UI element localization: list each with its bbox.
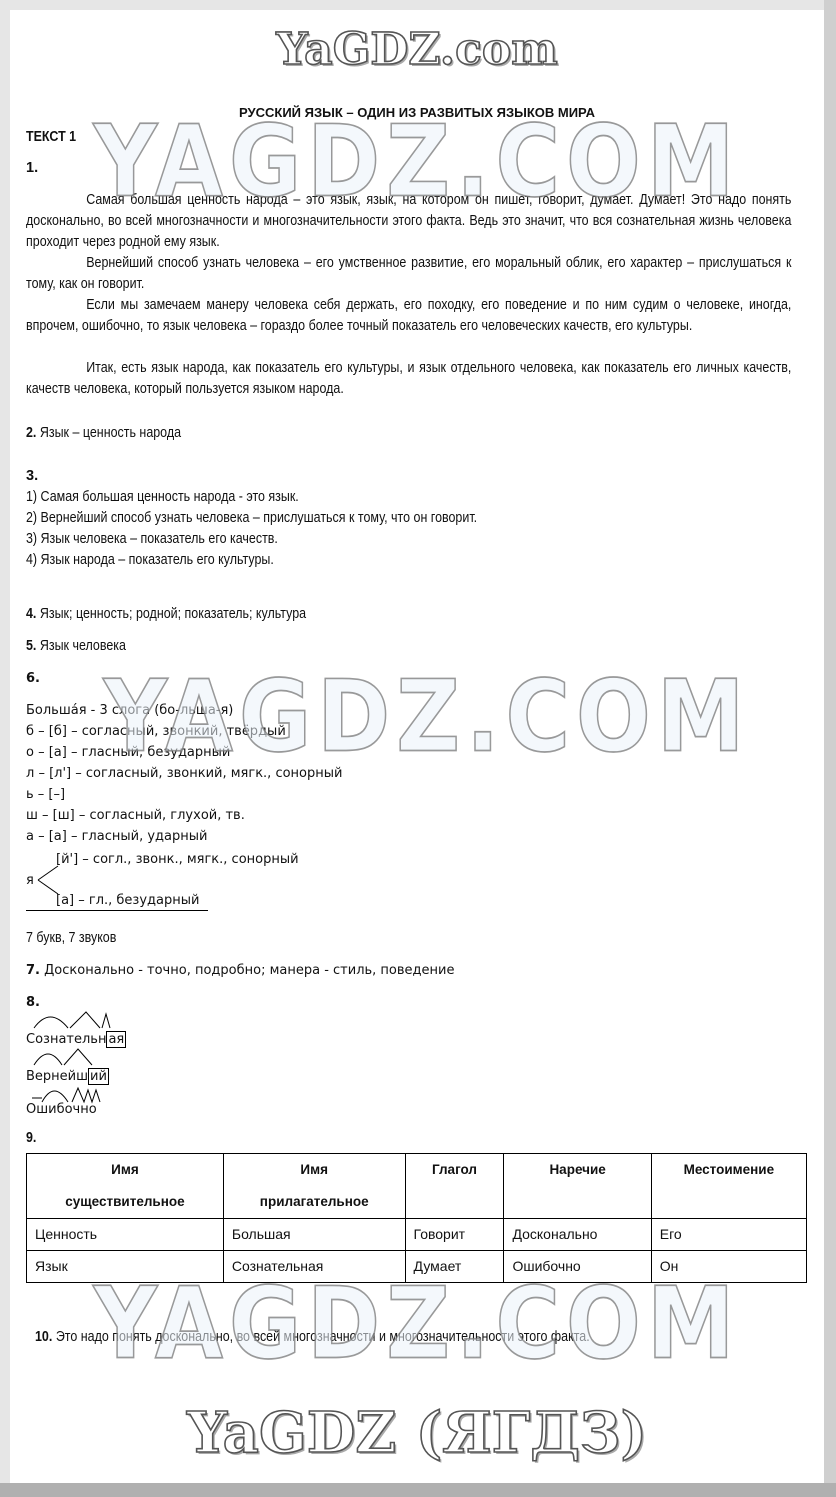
q3-item-4: 4) Язык народа – показатель его культуры… xyxy=(26,550,274,571)
q1-paragraph-2: Вернейший способ узнать человека – его у… xyxy=(26,253,791,295)
q8-word-1-stem: Сознательн xyxy=(26,1032,106,1047)
question-9-label: 9. xyxy=(26,1128,36,1149)
question-5-answer: Язык человека xyxy=(40,638,126,654)
q6-ya-sound-2: [а] – гл., безударный xyxy=(26,891,208,911)
q6-line-3: о – [а] – гласный, безударный xyxy=(26,742,230,763)
question-10: 10. Это надо понять досконально, во всей… xyxy=(35,1327,590,1348)
question-1-label: 1. xyxy=(26,158,38,179)
q3-item-2: 2) Вернейший способ узнать человека – пр… xyxy=(26,508,477,529)
site-logo-bottom: YaGDZ (ЯГДЗ) xyxy=(10,1400,824,1466)
q6-ya-sound-1: [й'] – согл., звонк., мягк., сонорный xyxy=(56,849,299,870)
table-row: Ценность Большая Говорит Досконально Его xyxy=(27,1219,807,1251)
table-row: Язык Сознательная Думает Ошибочно Он xyxy=(27,1251,807,1283)
question-5: 5. Язык человека xyxy=(26,636,126,657)
table-header-noun: Имясуществительное xyxy=(27,1154,224,1219)
section-heading: ТЕКСТ 1 xyxy=(26,127,76,148)
table-header-adverb: Наречие xyxy=(504,1154,651,1219)
table-header-adjective: Имяприлагательное xyxy=(223,1154,405,1219)
table-cell: Сознательная xyxy=(223,1251,405,1283)
table-cell: Говорит xyxy=(405,1219,504,1251)
table-header-row: Имясуществительное Имяприлагательное Гла… xyxy=(27,1154,807,1219)
q8-word-1-ending: ая xyxy=(106,1031,126,1048)
q6-line-7: а – [а] – гласный, ударный xyxy=(26,826,207,847)
question-7-answer: Досконально - точно, подробно; манера - … xyxy=(44,963,454,978)
question-5-label: 5. xyxy=(26,638,36,654)
morpheme-marks-icon xyxy=(32,1010,142,1030)
question-3-label: 3. xyxy=(26,466,38,487)
question-4: 4. Язык; ценность; родной; показатель; к… xyxy=(26,604,306,625)
q8-word-2-ending: ий xyxy=(88,1068,109,1085)
question-4-label: 4. xyxy=(26,606,36,622)
document-page: YaGDZ.com YAGDZ.COM YAGDZ.COM YAGDZ.COM … xyxy=(10,10,824,1483)
q6-line-5: ь – [–] xyxy=(26,784,65,805)
question-7: 7. Досконально - точно, подробно; манера… xyxy=(26,960,454,981)
table-cell: Язык xyxy=(27,1251,224,1283)
site-logo-top: YaGDZ.com xyxy=(10,24,824,75)
question-6-label: 6. xyxy=(26,668,40,689)
page-frame-shadow-right xyxy=(824,0,836,1497)
question-10-answer: Это надо понять досконально, во всей мно… xyxy=(56,1329,590,1345)
question-10-label: 10. xyxy=(35,1329,52,1345)
question-2-label: 2. xyxy=(26,425,36,441)
question-7-label: 7. xyxy=(26,963,40,978)
table-cell: Ошибочно xyxy=(504,1251,651,1283)
table-cell: Большая xyxy=(223,1219,405,1251)
q1-paragraph-1: Самая большая ценность народа – это язык… xyxy=(26,190,791,253)
question-4-answer: Язык; ценность; родной; показатель; куль… xyxy=(40,606,306,622)
q6-line-4: л – [л'] – согласный, звонкий, мягк., со… xyxy=(26,763,342,784)
q8-word-3: Ошибочно xyxy=(26,1099,97,1120)
q6-line-1: Большáя - 3 слога (бо-льша-я) xyxy=(26,700,233,721)
table-header-verb: Глагол xyxy=(405,1154,504,1219)
q3-item-3: 3) Язык человека – показатель его качест… xyxy=(26,529,278,550)
question-2: 2. Язык – ценность народа xyxy=(26,423,181,444)
q6-ya-letter: я xyxy=(26,870,34,891)
morpheme-marks-icon xyxy=(32,1047,142,1067)
table-cell: Он xyxy=(651,1251,806,1283)
table-cell: Досконально xyxy=(504,1219,651,1251)
table-cell: Думает xyxy=(405,1251,504,1283)
table-header-pronoun: Местоимение xyxy=(651,1154,806,1219)
q6-line-6: ш – [ш] – согласный, глухой, тв. xyxy=(26,805,245,826)
q3-item-1: 1) Самая большая ценность народа - это я… xyxy=(26,487,299,508)
page-frame-shadow-bottom xyxy=(0,1483,836,1497)
parts-of-speech-table: Имясуществительное Имяприлагательное Гла… xyxy=(26,1153,807,1283)
watermark: YAGDZ.COM xyxy=(10,1266,824,1381)
table-cell: Ценность xyxy=(27,1219,224,1251)
table-cell: Его xyxy=(651,1219,806,1251)
document-title: РУССКИЙ ЯЗЫК – ОДИН ИЗ РАЗВИТЫХ ЯЗЫКОВ М… xyxy=(10,102,824,123)
q1-paragraph-4: Итак, есть язык народа, как показатель е… xyxy=(26,358,791,400)
q1-paragraph-3: Если мы замечаем манеру человека себя де… xyxy=(26,295,791,337)
q8-word-2-stem: Вернейш xyxy=(26,1069,88,1084)
question-2-answer: Язык – ценность народа xyxy=(40,425,181,441)
q6-line-2: б – [б] – согласный, звонкий, твёрдый xyxy=(26,721,286,742)
q6-summary: 7 букв, 7 звуков xyxy=(26,928,116,949)
